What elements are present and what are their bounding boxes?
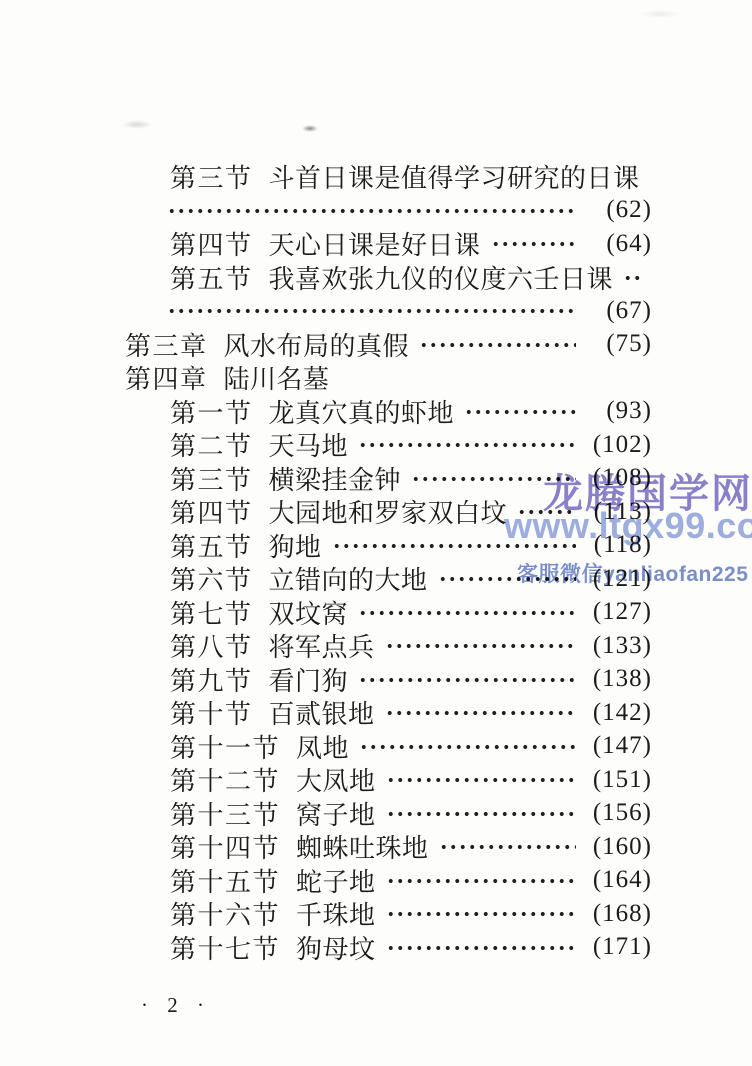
dot-leader [419, 328, 576, 362]
toc-entry-page: (142) [584, 699, 652, 727]
toc-entry-page: (64) [584, 230, 652, 258]
toc-entry-page: (108) [584, 464, 652, 492]
dot-leader [358, 663, 576, 697]
page-number: · 2 · [141, 993, 211, 1018]
dot-leader [411, 462, 576, 496]
toc-entry: 第十节 百贰银地 (142) [125, 696, 652, 730]
toc-entry-label: 第五节 [170, 259, 253, 296]
toc-entry-title: 龙真穴真的虾地 [269, 393, 455, 430]
toc-entry-title: 大园地和罗家双白坟 [269, 493, 508, 530]
toc-entry-page: (147) [584, 732, 652, 760]
toc-entry-label: 第十二节 [170, 761, 280, 798]
toc-entry-title: 窝子地 [296, 795, 376, 832]
toc-entry-title: 陆川名墓 [224, 359, 330, 396]
toc-entry-title: 将军点兵 [269, 627, 375, 664]
scanned-book-page: 第三节 斗首日课是值得学习研究的日课 (62) 第四节 天心日课是好日课 (64… [0, 0, 752, 1066]
toc-entry-title: 斗首日课是值得学习研究的日课 [269, 158, 640, 195]
toc-entry-title: 狗地 [269, 527, 322, 564]
toc-entry-label: 第九节 [170, 661, 253, 698]
dot-leader [438, 562, 576, 596]
toc-entry: 第十四节 蜘蛛吐珠地 (160) [125, 830, 652, 864]
toc-entry-page: (168) [584, 900, 652, 928]
toc-entry: 第三节 横梁挂金钟 (108) [125, 462, 652, 496]
toc-entry-label: 第四节 [170, 225, 253, 262]
toc-entry-label: 第三章 [125, 326, 208, 363]
dot-leader [358, 428, 576, 462]
toc-entry-title: 千珠地 [296, 895, 376, 932]
toc-entry-page: (67) [584, 297, 652, 325]
toc-chapter-entry: 第三章 风水布局的真假 (75) [125, 328, 652, 362]
table-of-contents: 第三节 斗首日课是值得学习研究的日课 (62) 第四节 天心日课是好日课 (64… [125, 160, 652, 964]
toc-entry-page: (160) [584, 833, 652, 861]
toc-entry-label: 第十七节 [170, 929, 280, 966]
toc-entry: 第五节 我喜欢张九仪的仪度六壬日课 [125, 261, 652, 295]
toc-entry: 第一节 龙真穴真的虾地 (93) [125, 395, 652, 429]
toc-entry: 第十三节 窝子地 (156) [125, 797, 652, 831]
dot-leader [359, 730, 576, 764]
toc-entry-continuation: (67) [125, 294, 652, 328]
dot-leader [167, 294, 576, 328]
toc-entry: 第六节 立错向的大地 (121) [125, 562, 652, 596]
dot-leader [386, 864, 576, 898]
toc-entry: 第五节 狗地 (118) [125, 529, 652, 563]
toc-entry-title: 我喜欢张九仪的仪度六壬日课 [269, 259, 614, 296]
toc-entry-title: 横梁挂金钟 [269, 460, 402, 497]
toc-entry-title: 看门狗 [269, 661, 349, 698]
dot-leader [386, 897, 576, 931]
scan-artifact [122, 120, 152, 129]
toc-entry-title: 狗母坟 [296, 929, 376, 966]
dot-leader [464, 395, 576, 429]
toc-entry: 第九节 看门狗 (138) [125, 663, 652, 697]
toc-entry-label: 第十三节 [170, 795, 280, 832]
toc-entry: 第七节 双坟窝 (127) [125, 596, 652, 630]
toc-entry-continuation: (62) [125, 194, 652, 228]
toc-entry-page: (113) [584, 498, 652, 526]
toc-entry-title: 天马地 [269, 426, 349, 463]
scan-artifact [640, 10, 680, 18]
toc-entry: 第十五节 蛇子地 (164) [125, 864, 652, 898]
toc-entry: 第三节 斗首日课是值得学习研究的日课 [125, 160, 652, 194]
toc-entry-page: (102) [584, 431, 652, 459]
dot-leader [385, 629, 576, 663]
toc-entry-title: 蜘蛛吐珠地 [296, 828, 429, 865]
toc-entry-title: 立错向的大地 [269, 560, 428, 597]
dot-leader [385, 696, 576, 730]
toc-entry-page: (127) [584, 598, 652, 626]
toc-entry-label: 第十四节 [170, 828, 280, 865]
toc-entry-page: (75) [584, 330, 652, 358]
toc-entry-page: (171) [584, 933, 652, 961]
toc-entry-page: (121) [584, 565, 652, 593]
toc-entry-label: 第三节 [170, 460, 253, 497]
toc-entry: 第十七节 狗母坟 (171) [125, 931, 652, 965]
toc-entry-label: 第三节 [170, 158, 253, 195]
toc-entry-label: 第一节 [170, 393, 253, 430]
toc-entry-label: 第二节 [170, 426, 253, 463]
toc-entry: 第十二节 大凤地 (151) [125, 763, 652, 797]
toc-entry-page: (133) [584, 632, 652, 660]
dot-leader [386, 763, 576, 797]
toc-entry-title: 风水布局的真假 [224, 326, 410, 363]
dot-leader [517, 495, 576, 529]
toc-entry-title: 百贰银地 [269, 694, 375, 731]
toc-entry-label: 第七节 [170, 594, 253, 631]
toc-entry-label: 第四节 [170, 493, 253, 530]
dot-leader [623, 261, 644, 295]
toc-entry-page: (138) [584, 665, 652, 693]
toc-entry-label: 第十节 [170, 694, 253, 731]
toc-entry-page: (93) [584, 397, 652, 425]
toc-entry-title: 天心日课是好日课 [269, 225, 481, 262]
toc-entry: 第十一节 凤地 (147) [125, 730, 652, 764]
toc-entry: 第四节 天心日课是好日课 (64) [125, 227, 652, 261]
toc-entry: 第十六节 千珠地 (168) [125, 897, 652, 931]
toc-entry: 第二节 天马地 (102) [125, 428, 652, 462]
toc-entry-title: 双坟窝 [269, 594, 349, 631]
dot-leader [491, 227, 576, 261]
toc-entry-label: 第四章 [125, 359, 208, 396]
toc-entry-title: 凤地 [296, 728, 349, 765]
toc-entry-label: 第十六节 [170, 895, 280, 932]
toc-entry-page: (164) [584, 866, 652, 894]
toc-entry-label: 第十五节 [170, 862, 280, 899]
toc-entry: 第四节 大园地和罗家双白坟 (113) [125, 495, 652, 529]
dot-leader [386, 797, 576, 831]
dot-leader [386, 931, 576, 965]
dot-leader [358, 596, 576, 630]
toc-entry-label: 第十一节 [170, 728, 280, 765]
toc-entry: 第八节 将军点兵 (133) [125, 629, 652, 663]
toc-entry-page: (118) [584, 531, 652, 559]
toc-chapter-entry: 第四章 陆川名墓 [125, 361, 652, 395]
dot-leader [332, 529, 576, 563]
toc-entry-label: 第六节 [170, 560, 253, 597]
dot-leader [439, 830, 576, 864]
toc-entry-label: 第八节 [170, 627, 253, 664]
toc-entry-page: (156) [584, 799, 652, 827]
toc-entry-page: (62) [584, 196, 652, 224]
toc-entry-title: 蛇子地 [296, 862, 376, 899]
toc-entry-page: (151) [584, 766, 652, 794]
toc-entry-title: 大凤地 [296, 761, 376, 798]
scan-artifact [302, 125, 318, 132]
toc-entry-label: 第五节 [170, 527, 253, 564]
dot-leader [167, 194, 576, 228]
